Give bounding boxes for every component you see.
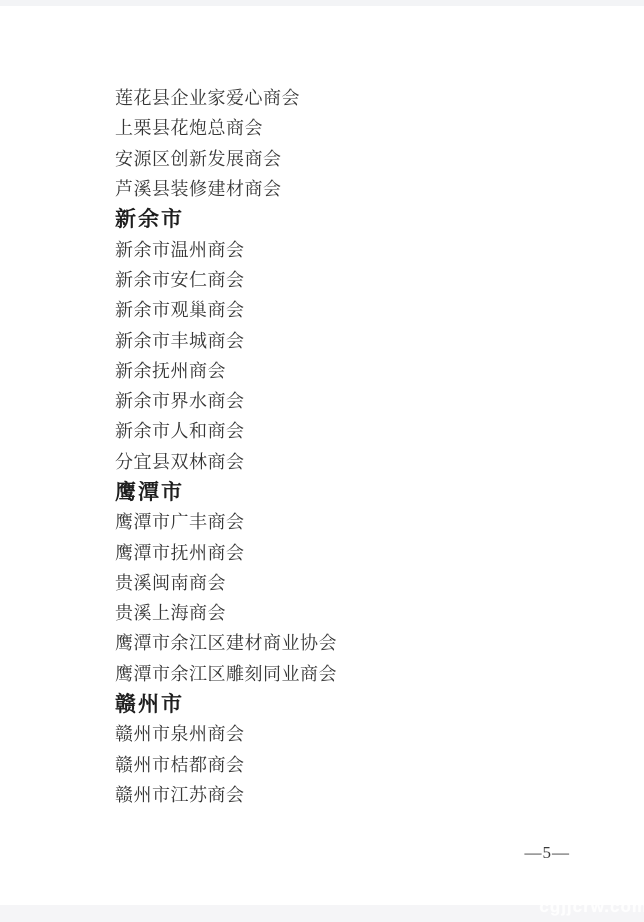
city-section-header: 鹰潭市 [115, 476, 595, 506]
chamber-list-item: 赣州市泉州商会 [115, 718, 595, 748]
chamber-list-item: 赣州市桔都商会 [115, 749, 595, 779]
chamber-list-item: 莲花县企业家爱心商会 [115, 82, 595, 112]
document-page: { "page": { "number_label": "—5—", "wate… [0, 0, 644, 922]
city-section-header: 新余市 [115, 203, 595, 233]
chamber-list-item: 芦溪县装修建材商会 [115, 173, 595, 203]
chamber-list-item: 上栗县花炮总商会 [115, 112, 595, 142]
chamber-list-item: 安源区创新发展商会 [115, 143, 595, 173]
chamber-list-item: 分宜县双林商会 [115, 446, 595, 476]
chamber-list-item: 鹰潭市余江区建材商业协会 [115, 627, 595, 657]
chamber-list-item: 新余市观巢商会 [115, 294, 595, 324]
city-section-header: 赣州市 [115, 688, 595, 718]
chamber-list-item: 鹰潭市抚州商会 [115, 536, 595, 566]
chamber-list: 莲花县企业家爱心商会上栗县花炮总商会安源区创新发展商会芦溪县装修建材商会新余市新… [115, 82, 595, 809]
page-number: —5— [525, 843, 571, 863]
site-watermark: cgjjcrw.com [539, 897, 644, 917]
chamber-list-item: 新余市安仁商会 [115, 264, 595, 294]
top-edge-band [0, 0, 644, 6]
chamber-list-item: 赣州市江苏商会 [115, 779, 595, 809]
chamber-list-item: 鹰潭市余江区雕刻同业商会 [115, 658, 595, 688]
chamber-list-item: 新余市温州商会 [115, 233, 595, 263]
chamber-list-item: 新余市丰城商会 [115, 324, 595, 354]
chamber-list-item: 新余市人和商会 [115, 415, 595, 445]
chamber-list-item: 新余抚州商会 [115, 355, 595, 385]
chamber-list-item: 贵溪闽南商会 [115, 567, 595, 597]
chamber-list-item: 贵溪上海商会 [115, 597, 595, 627]
chamber-list-item: 鹰潭市广丰商会 [115, 506, 595, 536]
chamber-list-item: 新余市界水商会 [115, 385, 595, 415]
